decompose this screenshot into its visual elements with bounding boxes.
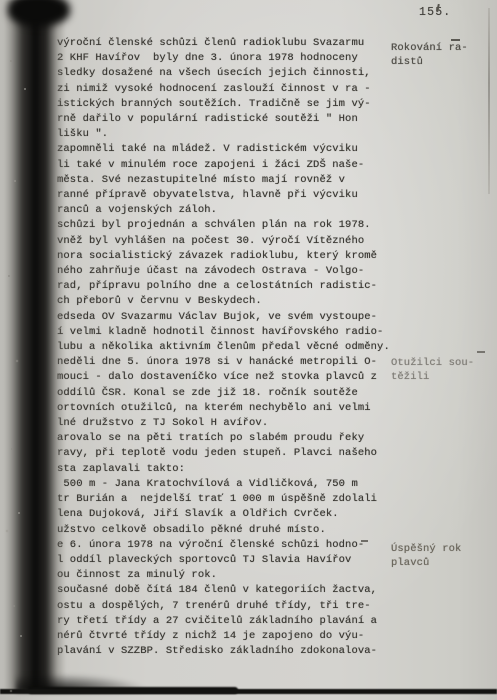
binding-shadow: [4, 0, 66, 691]
body-text: výroční členské schůzi členů radioklubu …: [57, 36, 390, 659]
page-number: 155.: [419, 6, 451, 19]
margin-note-radio-meeting: Rokování ra- distů: [391, 42, 495, 70]
stray-dash: [361, 540, 368, 542]
stray-dash: [451, 39, 460, 41]
binding-shadow-top: [8, 0, 70, 26]
right-edge-scan-line: [488, 8, 490, 194]
scanned-page: 155. výroční členské schůzi členů radiok…: [0, 0, 497, 700]
margin-note-winter-swimmers: Otužilci sou- těžili: [391, 357, 495, 385]
stray-dash: [477, 351, 485, 353]
bottom-scan-bar: [0, 689, 497, 694]
paper-speck: [10, 60, 12, 62]
margin-note-swimmers-year: Úspěšný rok plavců: [391, 543, 495, 571]
